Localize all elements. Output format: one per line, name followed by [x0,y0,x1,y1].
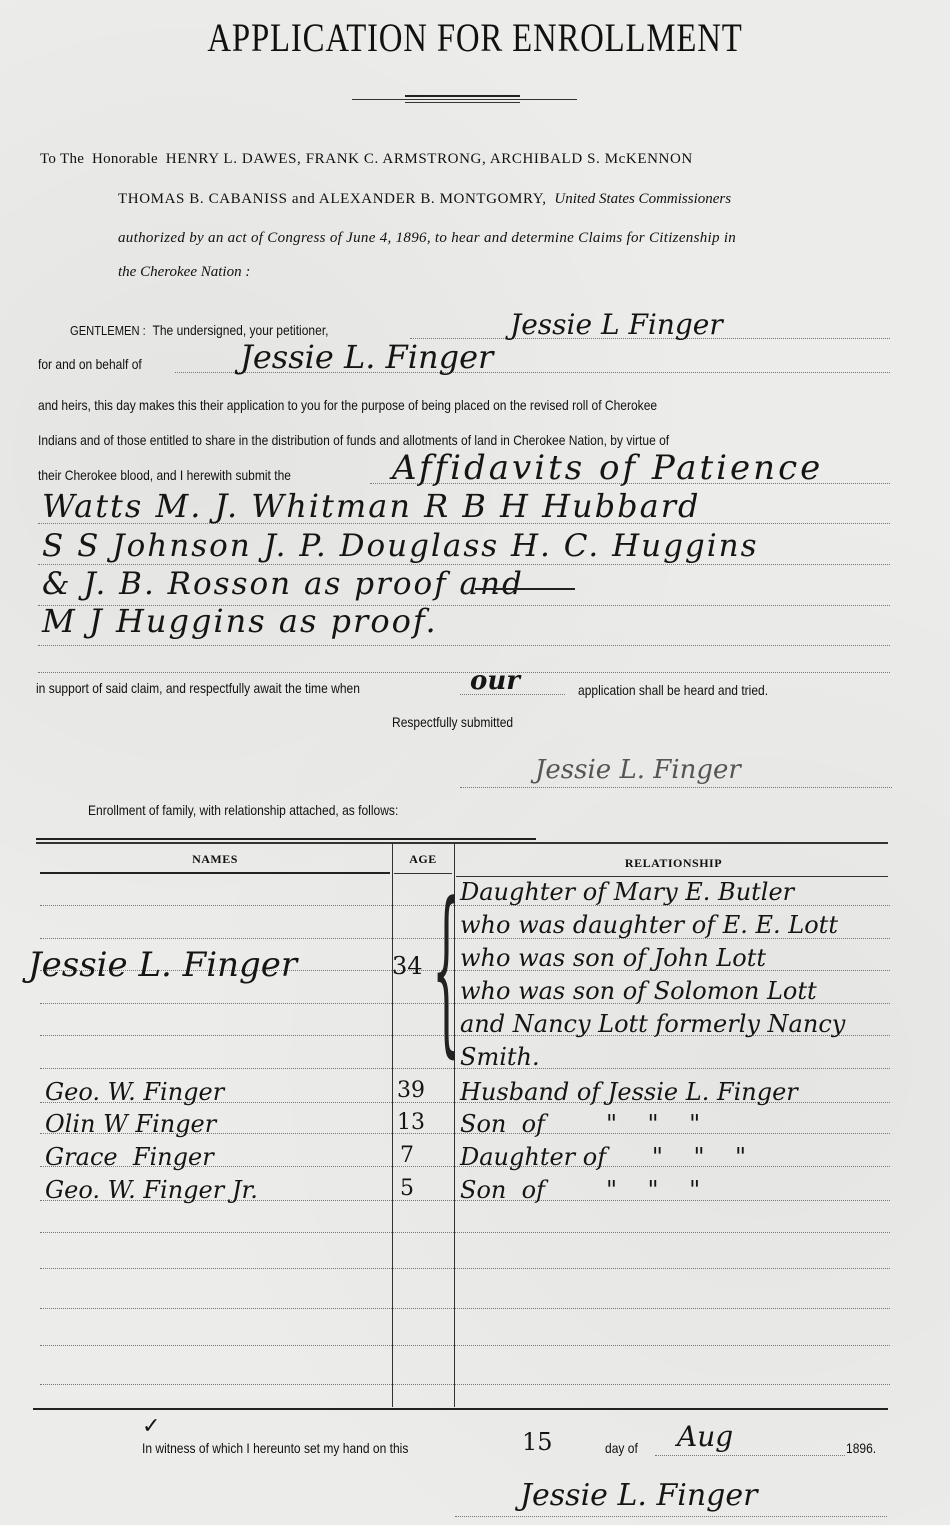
address-prefix: To The [40,151,84,167]
support-text: in support of said claim, and respectful… [36,680,360,696]
enrollment-application-page: APPLICATION FOR ENROLLMENT To The Honora… [0,0,950,1525]
row-rule [40,1345,890,1346]
member-age[interactable]: 7 [400,1143,414,1168]
gentlemen-label: GENTLEMEN : [70,323,146,338]
address-line-1: To The Honorable HENRY L. DAWES, FRANK C… [40,150,693,168]
member-name[interactable]: Geo. W. Finger [45,1078,224,1106]
relationship-brace: { [432,880,461,1060]
header-rule [40,872,390,874]
evidence-line-4-text: & J. B. Rosson as proof and [42,566,524,602]
member-age[interactable]: 5 [400,1176,414,1201]
petitioner-signature[interactable]: Jessie L. Finger [535,755,741,785]
signature-line [460,787,892,788]
support-suffix: application shall be heard and tried. [578,682,768,698]
relationship-line[interactable]: Daughter of Mary E. Butler [460,878,794,906]
commissioners-names-1: HENRY L. DAWES, FRANK C. ARMSTRONG, ARCH… [166,151,693,167]
address-line-4: the Cherokee Nation : [118,264,250,281]
member-name[interactable]: Grace Finger [45,1143,214,1171]
petition-body-line-2: Indians and of those entitled to share i… [38,432,669,448]
row-rule [40,1232,890,1233]
header-rule [456,876,888,877]
witness-day-field[interactable]: 15 [522,1428,553,1456]
enrollment-intro: Enrollment of family, with relationship … [88,802,398,818]
table-bottom-rule [33,1408,888,1410]
address-line-3: authorized by an act of Congress of June… [118,230,736,247]
commissioners-names-2: THOMAS B. CABANISS and ALEXANDER B. MONT… [118,191,547,207]
day-of-label: day of [605,1440,638,1456]
address-line-2: THOMAS B. CABANISS and ALEXANDER B. MONT… [118,190,731,208]
evidence-rule [38,564,890,565]
relationship-line[interactable]: Smith. [460,1043,540,1071]
member-relationship[interactable]: Son of " " " [460,1110,700,1138]
member-age[interactable]: 13 [397,1110,425,1135]
evidence-line-1[interactable]: Affidavits of Patience [392,448,823,488]
evidence-line-3[interactable]: S S Johnson J. P. Douglass H. C. Huggins [42,528,759,564]
row-rule [40,1384,890,1385]
witness-year: 1896. [846,1440,876,1456]
member-relationship[interactable]: Son of " " " [460,1176,700,1204]
member-name[interactable]: Geo. W. Finger Jr. [45,1176,258,1204]
title-rule [405,95,520,97]
document-title: APPLICATION FOR ENROLLMENT [86,14,865,61]
header-relationship: RELATIONSHIP [456,856,891,871]
column-divider [392,842,393,1407]
head-of-family-age[interactable]: 34 [392,952,423,980]
title-rule [405,102,520,103]
strikethrough-mark [475,588,575,590]
member-relationship[interactable]: Daughter of " " " [460,1143,746,1171]
evidence-line-5[interactable]: M J Huggins as proof. [42,602,438,640]
gentlemen-line: GENTLEMEN : The undersigned, your petiti… [70,322,329,338]
address-honorable: Honorable [92,151,158,167]
evidence-rule [38,672,890,673]
member-name[interactable]: Olin W Finger [45,1110,216,1138]
witness-month-field[interactable]: Aug [677,1420,733,1453]
witness-signature-line [455,1516,887,1517]
petition-body-line-3: their Cherokee blood, and I herewith sub… [38,467,291,483]
undersigned-text: The undersigned, your petitioner, [152,322,328,338]
witness-signature[interactable]: Jessie L. Finger [520,1478,757,1513]
check-mark-icon: ✓ [142,1414,160,1439]
month-field-line [655,1455,845,1456]
petitioner-name-field[interactable]: Jessie L Finger [510,308,723,341]
header-names: NAMES [40,852,390,867]
table-top-rule [36,842,888,844]
relationship-line[interactable]: and Nancy Lott formerly Nancy [460,1010,845,1038]
evidence-line-2[interactable]: Watts M. J. Whitman R B H Hubbard [42,487,700,525]
head-of-family-name[interactable]: Jessie L. Finger [28,945,297,985]
witness-text: In witness of which I hereunto set my ha… [142,1440,408,1456]
relationship-line[interactable]: who was daughter of E. E. Lott [460,911,838,939]
table-top-rule [36,838,536,840]
behalf-name-field[interactable]: Jessie L. Finger [240,338,493,376]
behalf-label: for and on behalf of [38,356,142,372]
evidence-rule [38,645,890,646]
member-age[interactable]: 39 [397,1078,425,1103]
relationship-line[interactable]: who was son of John Lott [460,944,766,972]
title-rule [352,99,577,100]
row-rule [40,1268,890,1269]
evidence-line-4[interactable]: & J. B. Rosson as proof and [42,566,524,602]
row-rule [40,1308,890,1309]
respectfully-submitted: Respectfully submitted [392,714,513,730]
commissioners-title: United States Commissioners [554,191,731,207]
relationship-line[interactable]: who was son of Solomon Lott [460,977,817,1005]
petition-body-line-1: and heirs, this day makes this their app… [38,397,657,413]
member-relationship[interactable]: Husband of Jessie L. Finger [460,1078,798,1106]
support-fill-field[interactable]: our [470,666,520,696]
